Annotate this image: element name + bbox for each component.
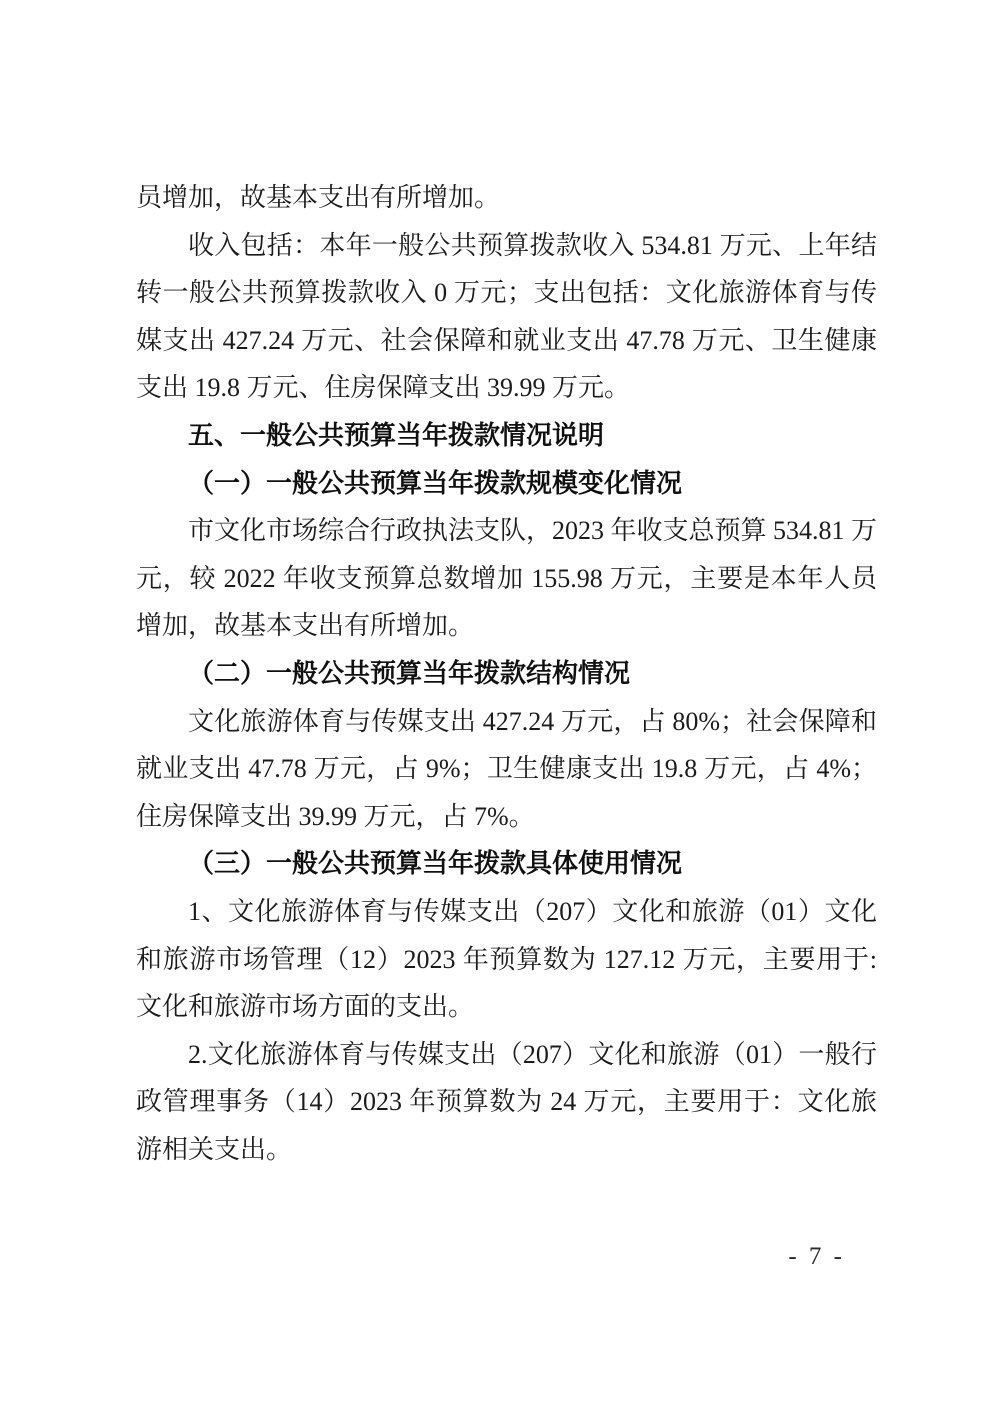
subsection-heading-scale-change: （一）一般公共预算当年拨款规模变化情况 — [136, 460, 877, 508]
paragraph-structure-detail: 文化旅游体育与传媒支出 427.24 万元，占 80%；社会保障和就业支出 47… — [136, 698, 877, 841]
paragraph-usage-item-2: 2.文化旅游体育与传媒支出（207）文化和旅游（01）一般行政管理事务（14）2… — [136, 1031, 877, 1174]
page-number: - 7 - — [0, 1242, 845, 1272]
paragraph-usage-item-1: 1、文化旅游体育与传媒支出（207）文化和旅游（01）文化和旅游市场管理（12）… — [136, 888, 877, 1031]
document-body: 员增加，故基本支出有所增加。 收入包括：本年一般公共预算拨款收入 534.81 … — [136, 174, 877, 1173]
section-heading-five: 五、一般公共预算当年拨款情况说明 — [136, 412, 877, 460]
paragraph-scale-change-detail: 市文化市场综合行政执法支队，2023 年收支总预算 534.81 万元，较 20… — [136, 507, 877, 650]
paragraph-carryover: 员增加，故基本支出有所增加。 — [136, 174, 877, 222]
subsection-heading-structure: （二）一般公共预算当年拨款结构情况 — [136, 650, 877, 698]
paragraph-income-expense-summary: 收入包括：本年一般公共预算拨款收入 534.81 万元、上年结转一般公共预算拨款… — [136, 222, 877, 412]
document-page: 员增加，故基本支出有所增加。 收入包括：本年一般公共预算拨款收入 534.81 … — [0, 0, 992, 1403]
subsection-heading-specific-usage: （三）一般公共预算当年拨款具体使用情况 — [136, 840, 877, 888]
